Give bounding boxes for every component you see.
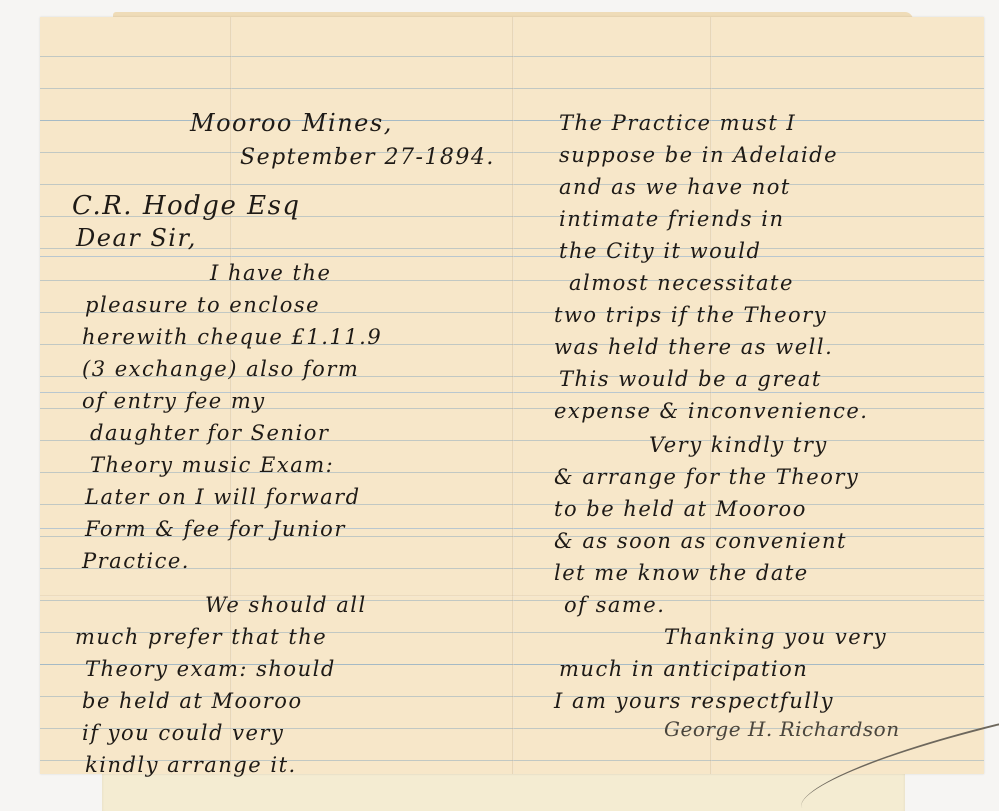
- body-line: two trips if the Theory: [554, 299, 827, 331]
- letter-sheet: Mooroo Mines, September 27-1894. C.R. Ho…: [40, 17, 984, 774]
- body-line: Theory music Exam:: [90, 449, 334, 481]
- body-line: suppose be in Adelaide: [559, 139, 838, 171]
- body-line: was held there as well.: [554, 331, 833, 363]
- body-line: the City it would: [559, 235, 761, 267]
- body-line: let me know the date: [554, 557, 809, 589]
- body-line: Very kindly try: [649, 429, 828, 461]
- body-line: much prefer that the: [75, 621, 327, 653]
- letter-salutation: Dear Sir,: [76, 222, 197, 254]
- letter-date: September 27-1894.: [240, 142, 495, 174]
- left-page: Mooroo Mines, September 27-1894. C.R. Ho…: [40, 17, 510, 774]
- body-line: be held at Mooroo: [82, 685, 303, 717]
- body-line: (3 exchange) also form: [82, 353, 359, 385]
- body-line: expense & inconvenience.: [554, 395, 868, 427]
- body-line: Practice.: [82, 545, 190, 577]
- body-line: pleasure to enclose: [85, 289, 320, 321]
- body-line: & as soon as convenient: [554, 525, 847, 557]
- body-line: herewith cheque £1.11.9: [82, 321, 382, 353]
- body-line: Theory exam: should: [85, 653, 336, 685]
- body-line: of same.: [564, 589, 665, 621]
- body-line: daughter for Senior: [90, 417, 329, 449]
- body-line: This would be a great: [559, 363, 822, 395]
- body-line: intimate friends in: [559, 203, 785, 235]
- body-line: I am yours respectfully: [554, 685, 834, 717]
- body-line: The Practice must I: [559, 107, 796, 139]
- body-line: Form & fee for Junior: [85, 513, 346, 545]
- body-line: to be held at Mooroo: [554, 493, 807, 525]
- body-line: if you could very: [82, 717, 284, 749]
- signature: George H. Richardson: [664, 717, 900, 741]
- body-line: kindly arrange it.: [85, 749, 297, 781]
- letter-place: Mooroo Mines,: [190, 107, 393, 139]
- body-line: and as we have not: [559, 171, 791, 203]
- body-line: & arrange for the Theory: [554, 461, 859, 493]
- body-line: almost necessitate: [569, 267, 794, 299]
- body-line: I have the: [210, 257, 331, 289]
- right-page: The Practice must I suppose be in Adelai…: [514, 17, 984, 774]
- body-line: much in anticipation: [559, 653, 808, 685]
- body-line: of entry fee my: [82, 385, 266, 417]
- letter-addressee: C.R. Hodge Esq: [72, 190, 301, 222]
- body-line: Later on I will forward: [85, 481, 361, 513]
- body-line: We should all: [205, 589, 367, 621]
- body-line: Thanking you very: [664, 621, 887, 653]
